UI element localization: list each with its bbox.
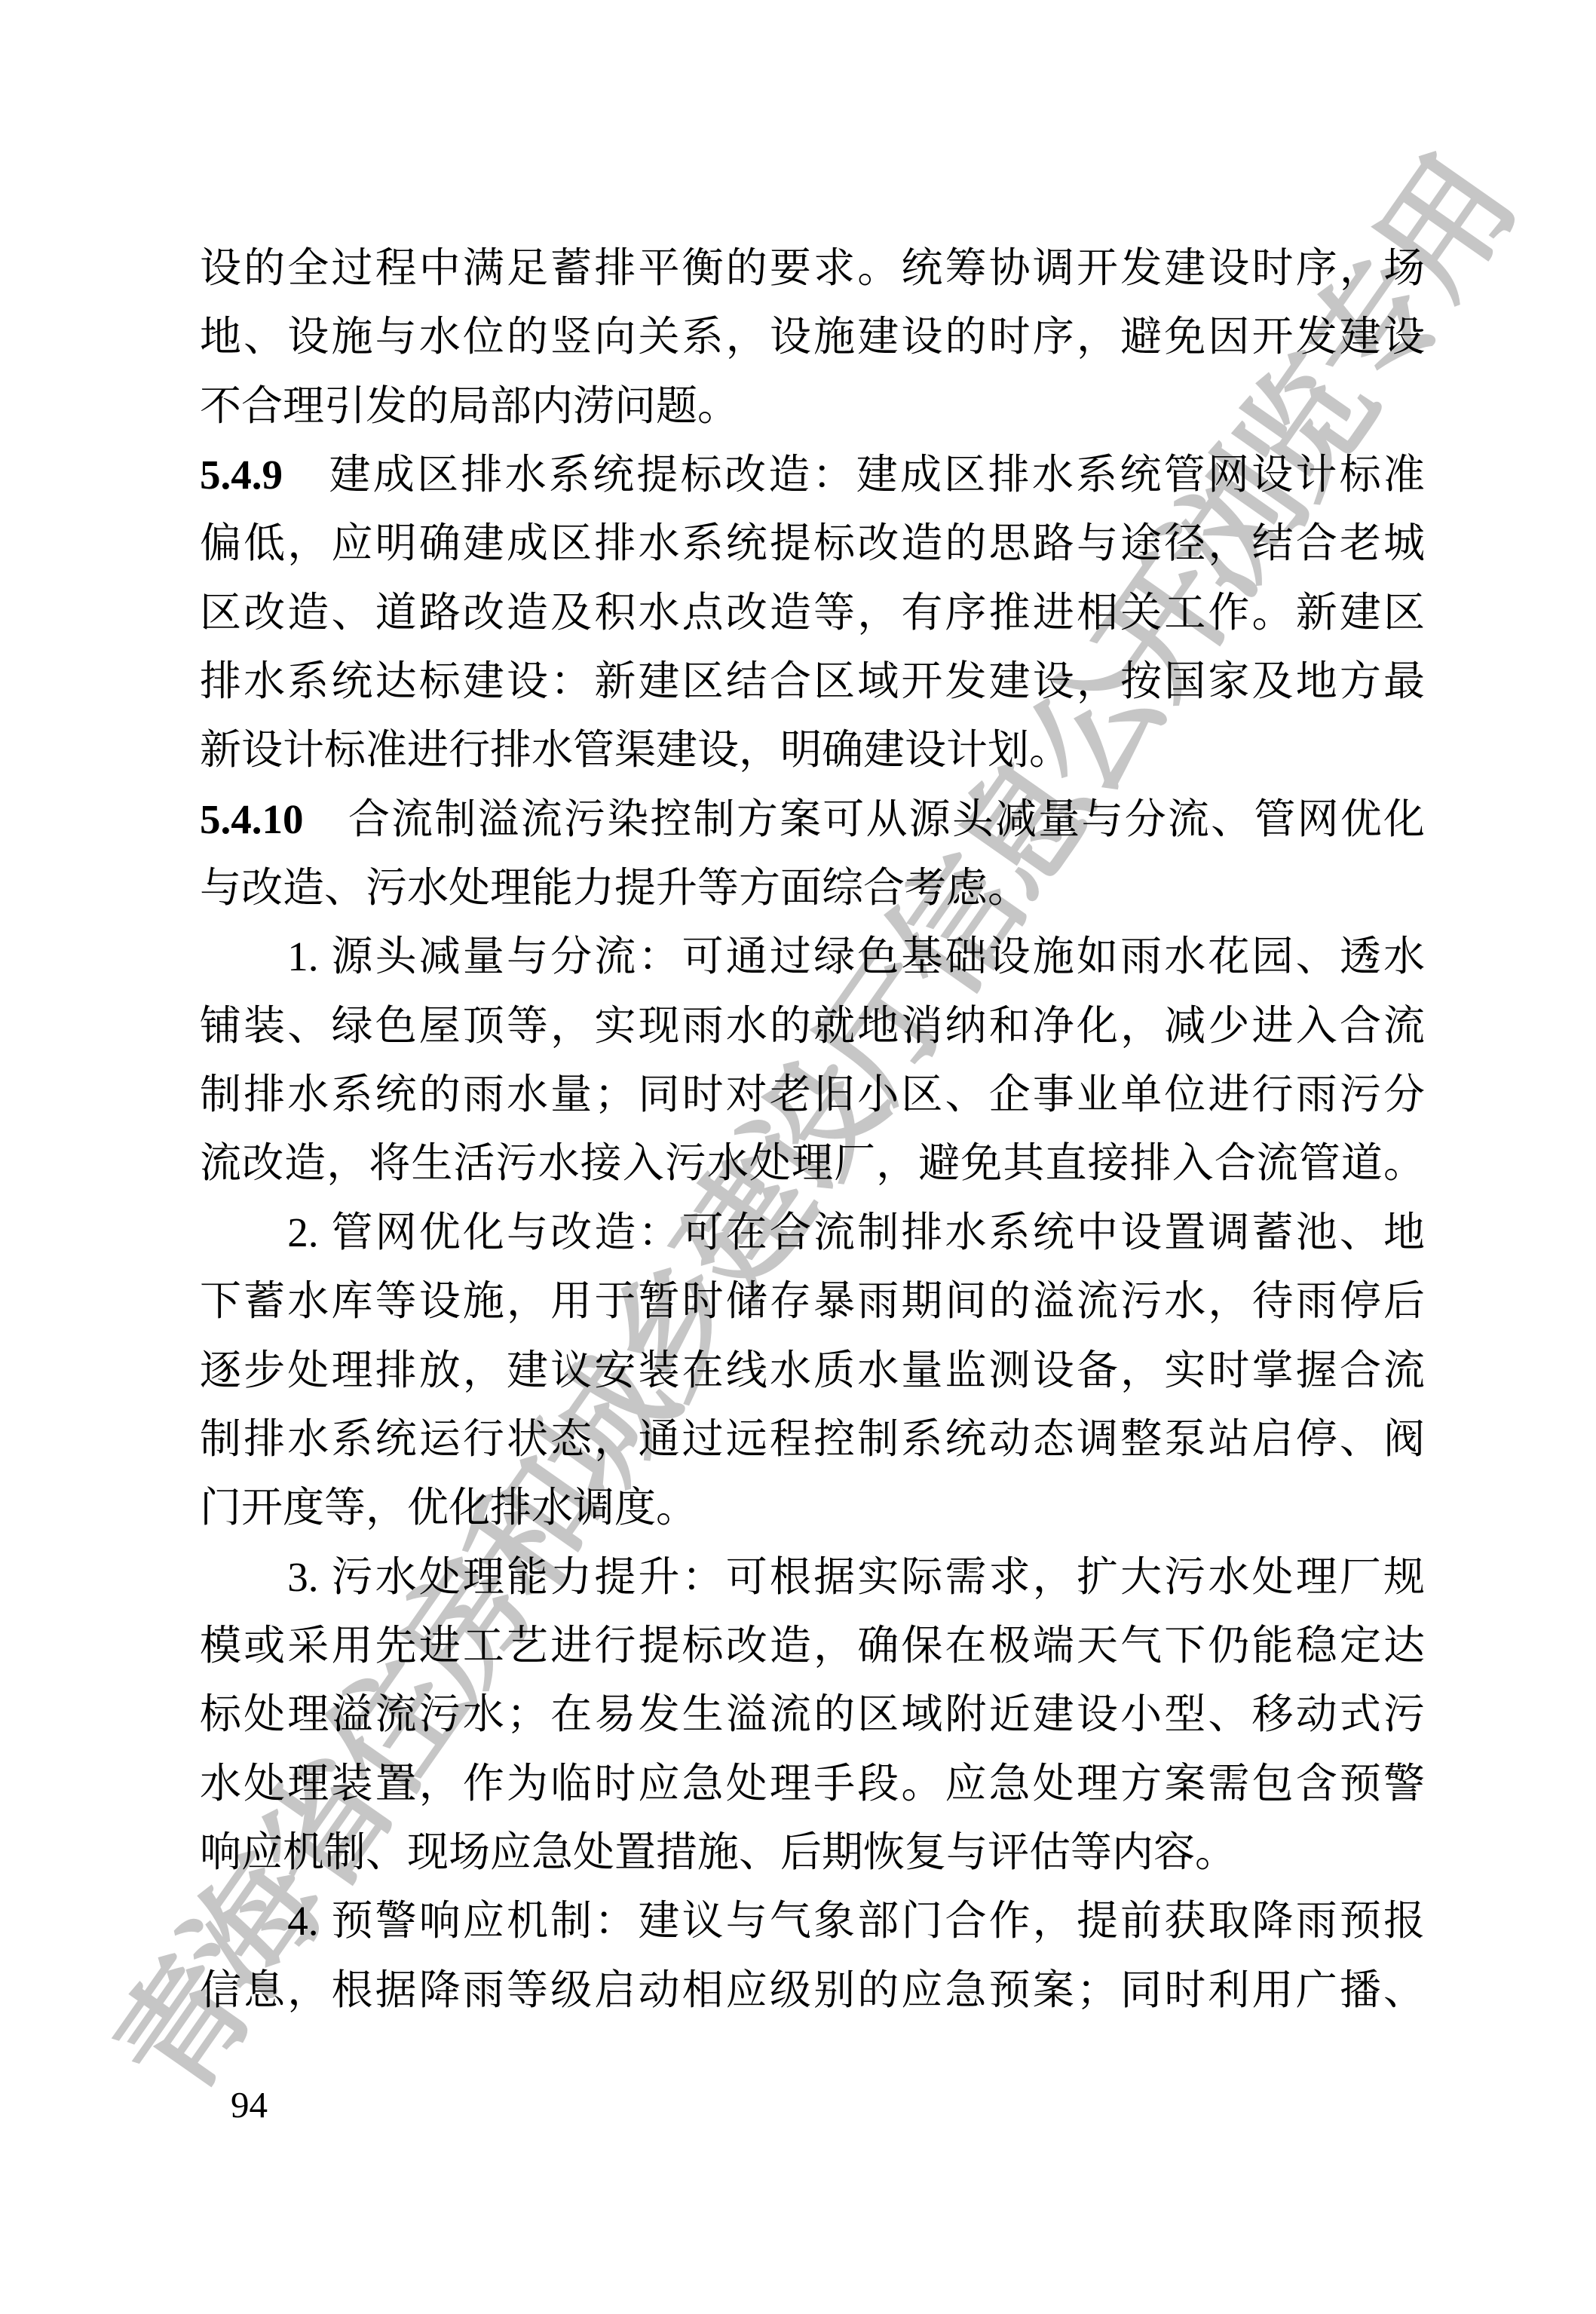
document-line: 1. 源头减量与分流：可通过绿色基础设施如雨水花园、透水 — [200, 922, 1425, 991]
line-text: 铺装、绿色屋顶等，实现雨水的就地消纳和净化，减少进入合流 — [200, 1003, 1425, 1049]
line-text: 3. 污水处理能力提升：可根据实际需求，扩大污水处理厂规 — [200, 1554, 1425, 1600]
document-line: 下蓄水库等设施，用于暂时储存暴雨期间的溢流污水，待雨停后 — [200, 1267, 1425, 1335]
line-text: 制排水系统的雨水量；同时对老旧小区、企事业单位进行雨污分 — [200, 1071, 1425, 1117]
document-body: 设的全过程中满足蓄排平衡的要求。统筹协调开发建设时序，场地、设施与水位的竖向关系… — [200, 234, 1425, 2024]
clause-number: 5.4.10 — [200, 796, 304, 842]
line-text: 模或采用先进工艺进行提标改造，确保在极端天气下仍能稳定达 — [200, 1623, 1425, 1669]
document-line: 5.4.9 建成区排水系统提标改造：建成区排水系统管网设计标准 — [200, 440, 1425, 509]
document-line: 铺装、绿色屋顶等，实现雨水的就地消纳和净化，减少进入合流 — [200, 991, 1425, 1060]
document-line: 水处理装置，作为临时应急处理手段。应急处理方案需包含预警 — [200, 1749, 1425, 1818]
document-line: 响应机制、现场应急处置措施、后期恢复与评估等内容。 — [200, 1818, 1425, 1886]
line-text: 偏低，应明确建成区排水系统提标改造的思路与途径，结合老城 — [200, 520, 1425, 566]
line-text: 2. 管网优化与改造：可在合流制排水系统中设置调蓄池、地 — [200, 1209, 1425, 1255]
document-line: 4. 预警响应机制：建议与气象部门合作，提前获取降雨预报 — [200, 1886, 1425, 1955]
document-line: 排水系统达标建设：新建区结合区域开发建设，按国家及地方最 — [200, 647, 1425, 716]
line-text: 与改造、污水处理能力提升等方面综合考虑。 — [200, 865, 1029, 911]
document-line: 与改造、污水处理能力提升等方面综合考虑。 — [200, 854, 1425, 922]
line-text: 水处理装置，作为临时应急处理手段。应急处理方案需包含预警 — [200, 1761, 1425, 1807]
document-line: 标处理溢流污水；在易发生溢流的区域附近建设小型、移动式污 — [200, 1680, 1425, 1749]
document-line: 区改造、道路改造及积水点改造等，有序推进相关工作。新建区 — [200, 578, 1425, 647]
line-text: 区改造、道路改造及积水点改造等，有序推进相关工作。新建区 — [200, 590, 1425, 636]
clause-number: 5.4.9 — [200, 452, 283, 498]
document-line: 不合理引发的局部内涝问题。 — [200, 372, 1425, 440]
line-text: 标处理溢流污水；在易发生溢流的区域附近建设小型、移动式污 — [200, 1691, 1425, 1737]
document-line: 2. 管网优化与改造：可在合流制排水系统中设置调蓄池、地 — [200, 1198, 1425, 1267]
document-line: 流改造，将生活污水接入污水处理厂，避免其直接排入合流管道。 — [200, 1129, 1425, 1197]
line-text: 4. 预警响应机制：建议与气象部门合作，提前获取降雨预报 — [200, 1898, 1425, 1944]
line-text: 下蓄水库等设施，用于暂时储存暴雨期间的溢流污水，待雨停后 — [200, 1278, 1425, 1324]
document-line: 模或采用先进工艺进行提标改造，确保在极端天气下仍能稳定达 — [200, 1611, 1425, 1680]
document-line: 逐步处理排放，建议安装在线水质水量监测设备，实时掌握合流 — [200, 1336, 1425, 1405]
document-line: 3. 污水处理能力提升：可根据实际需求，扩大污水处理厂规 — [200, 1543, 1425, 1611]
line-text: 流改造，将生活污水接入污水处理厂，避免其直接排入合流管道。 — [200, 1140, 1425, 1186]
document-line: 偏低，应明确建成区排水系统提标改造的思路与途径，结合老城 — [200, 509, 1425, 578]
line-text: 设的全过程中满足蓄排平衡的要求。统筹协调开发建设时序，场 — [200, 245, 1425, 291]
line-text: 响应机制、现场应急处置措施、后期恢复与评估等内容。 — [200, 1829, 1236, 1875]
document-line: 信息，根据降雨等级启动相应级别的应急预案；同时利用广播、 — [200, 1956, 1425, 2024]
line-text: 新设计标准进行排水管渠建设，明确建设计划。 — [200, 727, 1071, 773]
line-text: 1. 源头减量与分流：可通过绿色基础设施如雨水花园、透水 — [200, 933, 1425, 979]
document-page: 青海省住房和城乡建设厅信息公开浏览专用 设的全过程中满足蓄排平衡的要求。统筹协调… — [0, 0, 1596, 2314]
document-line: 地、设施与水位的竖向关系，设施建设的时序，避免因开发建设 — [200, 302, 1425, 371]
document-line: 新设计标准进行排水管渠建设，明确建设计划。 — [200, 716, 1425, 784]
document-line: 制排水系统运行状态，通过远程控制系统动态调整泵站启停、阀 — [200, 1405, 1425, 1473]
line-text: 建成区排水系统提标改造：建成区排水系统管网设计标准 — [283, 452, 1425, 498]
line-text: 地、设施与水位的竖向关系，设施建设的时序，避免因开发建设 — [200, 314, 1425, 360]
page-number: 94 — [231, 2084, 268, 2126]
line-text: 门开度等，优化排水调度。 — [200, 1485, 697, 1531]
line-text: 信息，根据降雨等级启动相应级别的应急预案；同时利用广播、 — [200, 1967, 1425, 2013]
line-text: 逐步处理排放，建议安装在线水质水量监测设备，实时掌握合流 — [200, 1347, 1425, 1393]
line-text: 制排水系统运行状态，通过远程控制系统动态调整泵站启停、阀 — [200, 1416, 1425, 1462]
line-text: 不合理引发的局部内涝问题。 — [200, 383, 739, 429]
document-line: 5.4.10 合流制溢流污染控制方案可从源头减量与分流、管网优化 — [200, 785, 1425, 854]
line-text: 合流制溢流污染控制方案可从源头减量与分流、管网优化 — [304, 796, 1426, 842]
document-line: 设的全过程中满足蓄排平衡的要求。统筹协调开发建设时序，场 — [200, 234, 1425, 302]
document-line: 门开度等，优化排水调度。 — [200, 1473, 1425, 1542]
line-text: 排水系统达标建设：新建区结合区域开发建设，按国家及地方最 — [200, 658, 1425, 704]
document-line: 制排水系统的雨水量；同时对老旧小区、企事业单位进行雨污分 — [200, 1060, 1425, 1129]
